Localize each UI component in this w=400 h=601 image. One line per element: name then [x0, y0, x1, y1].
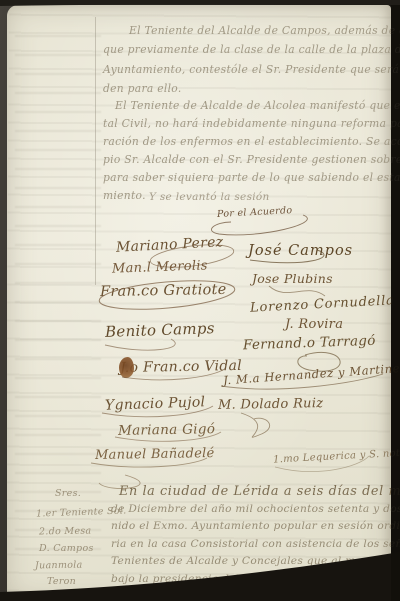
manuscript-line: Tenientes de Alcalde y Concejales que al…: [111, 553, 395, 571]
ink-blot: [119, 357, 134, 378]
manuscript-line: pio Sr. Alcalde con el Sr. Presidente ge…: [103, 151, 399, 169]
margin-attendee: Juanmola: [35, 560, 83, 572]
manuscript-line: bajo la presidencia del primer Teniente …: [111, 571, 395, 589]
signature: Manuel Bañadelé: [95, 446, 215, 463]
manuscript-line: de Diciembre del año mil ochocientos set…: [111, 501, 395, 519]
manuscript-line: En la ciudad de Lérida a seis días del m…: [111, 483, 395, 501]
manuscript-line: nido el Exmo. Ayuntamiento popular en se…: [111, 518, 395, 536]
margin-crease-line: [95, 17, 96, 285]
signature: Jose Plubins: [252, 271, 333, 286]
signature: José Campos: [248, 243, 353, 259]
signature: Mariana Gigó: [118, 421, 215, 439]
margin-attendee: D. Campos: [39, 543, 94, 554]
signature: Fran.co Gratiote: [100, 282, 227, 300]
signature: J. Rovira: [285, 317, 343, 332]
manuscript-line: tal Civil, no hará indebidamente ninguna…: [103, 115, 399, 133]
manuscript-line: ria en la casa Consistorial con asistenc…: [111, 536, 395, 554]
signature: Benito Camps: [105, 319, 215, 341]
manuscript-line: para saber siquiera parte de lo que sabi…: [103, 169, 399, 187]
manuscript-line: El Teniente del Alcalde de Campos, ademá…: [103, 21, 399, 40]
paragraph-1: El Teniente del Alcalde de Campos, ademá…: [103, 21, 399, 98]
paragraph-2: El Teniente de Alcalde de Alcolea manife…: [103, 97, 399, 204]
manuscript-line: El Teniente de Alcalde de Alcolea manife…: [103, 97, 399, 115]
manuscript-line: ración de los enfermos en el establecimi…: [103, 133, 399, 151]
photographed-manuscript: El Teniente del Alcalde de Campos, ademá…: [0, 0, 400, 601]
signature: M. Dolado Ruiz: [218, 396, 324, 413]
manuscript-line: que previamente de la clase de la calle …: [103, 40, 399, 59]
session-closing-line: Y se levantó la sesión: [149, 191, 270, 203]
manuscript-page: El Teniente del Alcalde de Campos, ademá…: [7, 5, 391, 601]
manuscript-line: den para ello.: [103, 79, 399, 98]
manuscript-line: Ayuntamiento, contestóle el Sr. Presiden…: [103, 60, 399, 79]
session-opening-paragraph: En la ciudad de Lérida a seis días del m…: [111, 483, 395, 589]
margin-attendee: Teron: [47, 576, 76, 587]
margin-attendee: 2.do Mesa: [39, 526, 92, 538]
margin-attendees-header: Sres.: [55, 488, 81, 499]
left-margin-show-through: [15, 23, 101, 563]
